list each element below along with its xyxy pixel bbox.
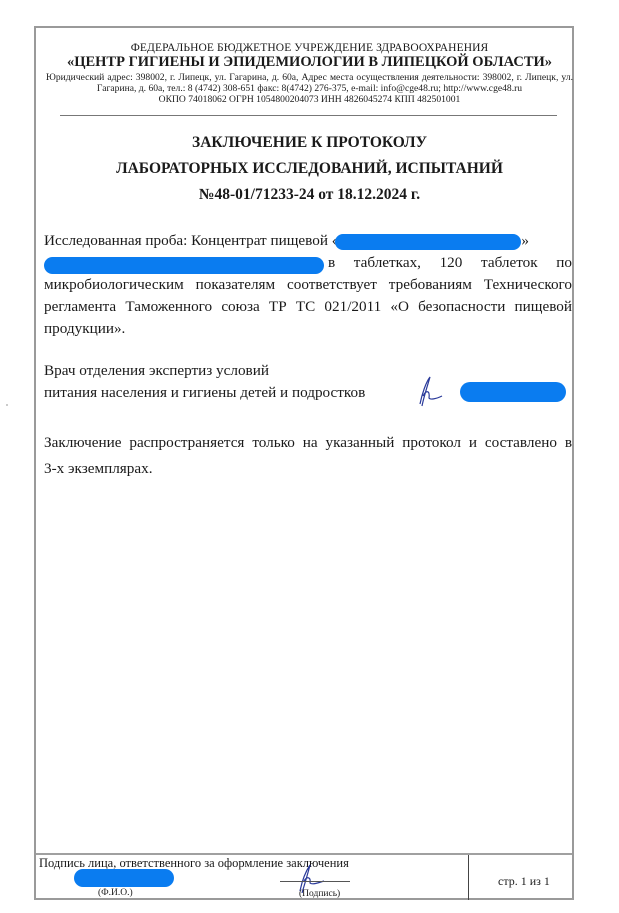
- document-title-line1: ЗАКЛЮЧЕНИЕ К ПРОТОКОЛУ: [0, 134, 619, 152]
- sample-line-3: микробиологическим показателям соответст…: [44, 276, 572, 294]
- conclusion-line1: Заключение распространяется только на ук…: [44, 434, 572, 452]
- sample-line-2-text: в таблетках, 120 таблеток по: [328, 254, 572, 272]
- conclusion-line2: 3-х экземплярах.: [44, 460, 572, 478]
- header-organization-name: «ЦЕНТР ГИГИЕНЫ И ЭПИДЕМИОЛОГИИ В ЛИПЕЦКО…: [0, 54, 619, 71]
- header-institution-type: ФЕДЕРАЛЬНОЕ БЮДЖЕТНОЕ УЧРЕЖДЕНИЕ ЗДРАВОО…: [0, 42, 619, 54]
- footer-table: Подпись лица, ответственного за оформлен…: [36, 853, 572, 900]
- redacted-product-name-continued: [44, 257, 324, 274]
- sample-prefix: Исследованная проба: Концентрат пищевой …: [44, 232, 339, 249]
- header-address-line1: Юридический адрес: 398002, г. Липецк, ул…: [46, 72, 573, 83]
- sample-line-5: продукции».: [44, 320, 572, 338]
- sample-line-4: регламента Таможенного союза ТР ТС 021/2…: [44, 298, 572, 316]
- page-number: стр. 1 из 1: [476, 874, 572, 889]
- signature-line: [280, 881, 350, 882]
- footer-divider: [468, 855, 469, 900]
- scan-speck: [6, 404, 8, 406]
- redacted-doctor-name: [460, 382, 566, 402]
- doctor-title-line1: Врач отделения экспертиз условий: [44, 362, 572, 380]
- redacted-product-name: [335, 234, 521, 250]
- header-address-line2: Гагарина, д. 60а, тел.: 8 (4742) 308-651…: [0, 83, 619, 94]
- document-title-line2: ЛАБОРАТОРНЫХ ИССЛЕДОВАНИЙ, ИСПЫТАНИЙ: [0, 160, 619, 178]
- signature-caption: (Подпись): [299, 889, 340, 899]
- header-divider: [60, 115, 557, 116]
- sample-line-1: Исследованная проба: Концентрат пищевой …: [44, 232, 572, 250]
- doctor-signature-icon: [410, 374, 446, 408]
- header-registration-codes: ОКПО 74018062 ОГРН 1054800204073 ИНН 482…: [0, 94, 619, 105]
- fio-caption: (Ф.И.О.): [98, 888, 133, 898]
- sample-suffix: »: [521, 232, 529, 249]
- redacted-responsible-name: [74, 869, 174, 887]
- document-number-date: №48-01/71233-24 от 18.12.2024 г.: [0, 186, 619, 204]
- sample-tablets-count: в таблетках, 120 таблеток по: [328, 254, 572, 272]
